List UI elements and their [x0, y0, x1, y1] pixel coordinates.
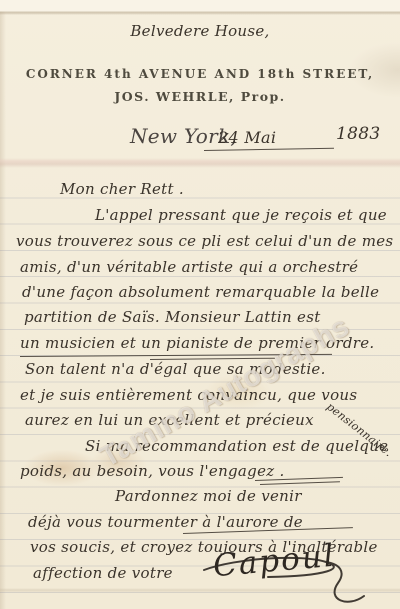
letter-line: et je suis entièrement convaincu, que vo…	[20, 386, 357, 404]
ink-underline	[20, 354, 332, 357]
letter-line: d'une façon absolument remarquable la be…	[22, 283, 379, 301]
letter-line: déjà vous tourmenter à l'aurore de	[28, 513, 303, 531]
letter-line: aurez en lui un excellent et précieux	[25, 411, 314, 429]
signature-flourish	[198, 556, 383, 609]
letterhead-hotel-name: Belvedere House,	[0, 22, 400, 40]
letter-line: un musicien et un pianiste de premier or…	[20, 334, 374, 352]
letter-line: affection de votre	[33, 564, 173, 582]
letter-line: poids, au besoin, vous l'engagez .	[20, 462, 285, 480]
letter-line: vous trouverez sous ce pli est celui d'u…	[16, 232, 393, 250]
letterhead-address: CORNER 4th AVENUE AND 18th STREET,	[0, 67, 400, 81]
ink-underline	[204, 148, 334, 152]
dateline-year: 1883	[336, 124, 380, 144]
letter-line: Son talent n'a d'égal que sa modestie.	[25, 360, 326, 378]
letterhead-proprietor: JOS. WEHRLE, Prop.	[0, 89, 400, 104]
letter-line: L'appel pressant que je reçois et que	[95, 206, 387, 224]
letter-line: Pardonnez moi de venir	[115, 487, 302, 505]
letter-line: partition de Saïs. Monsieur Lattin est	[24, 308, 321, 326]
letter-line: amis, d'un véritable artiste qui a orche…	[20, 258, 358, 276]
letter-line: Si ma recommandation est de quelque	[85, 437, 388, 455]
letter-salutation: Mon cher Rett .	[60, 180, 184, 198]
dateline-date: 24 Mai	[218, 128, 276, 147]
ink-underline	[260, 481, 340, 485]
letter-scan: Belvedere House, CORNER 4th AVENUE AND 1…	[0, 0, 400, 609]
